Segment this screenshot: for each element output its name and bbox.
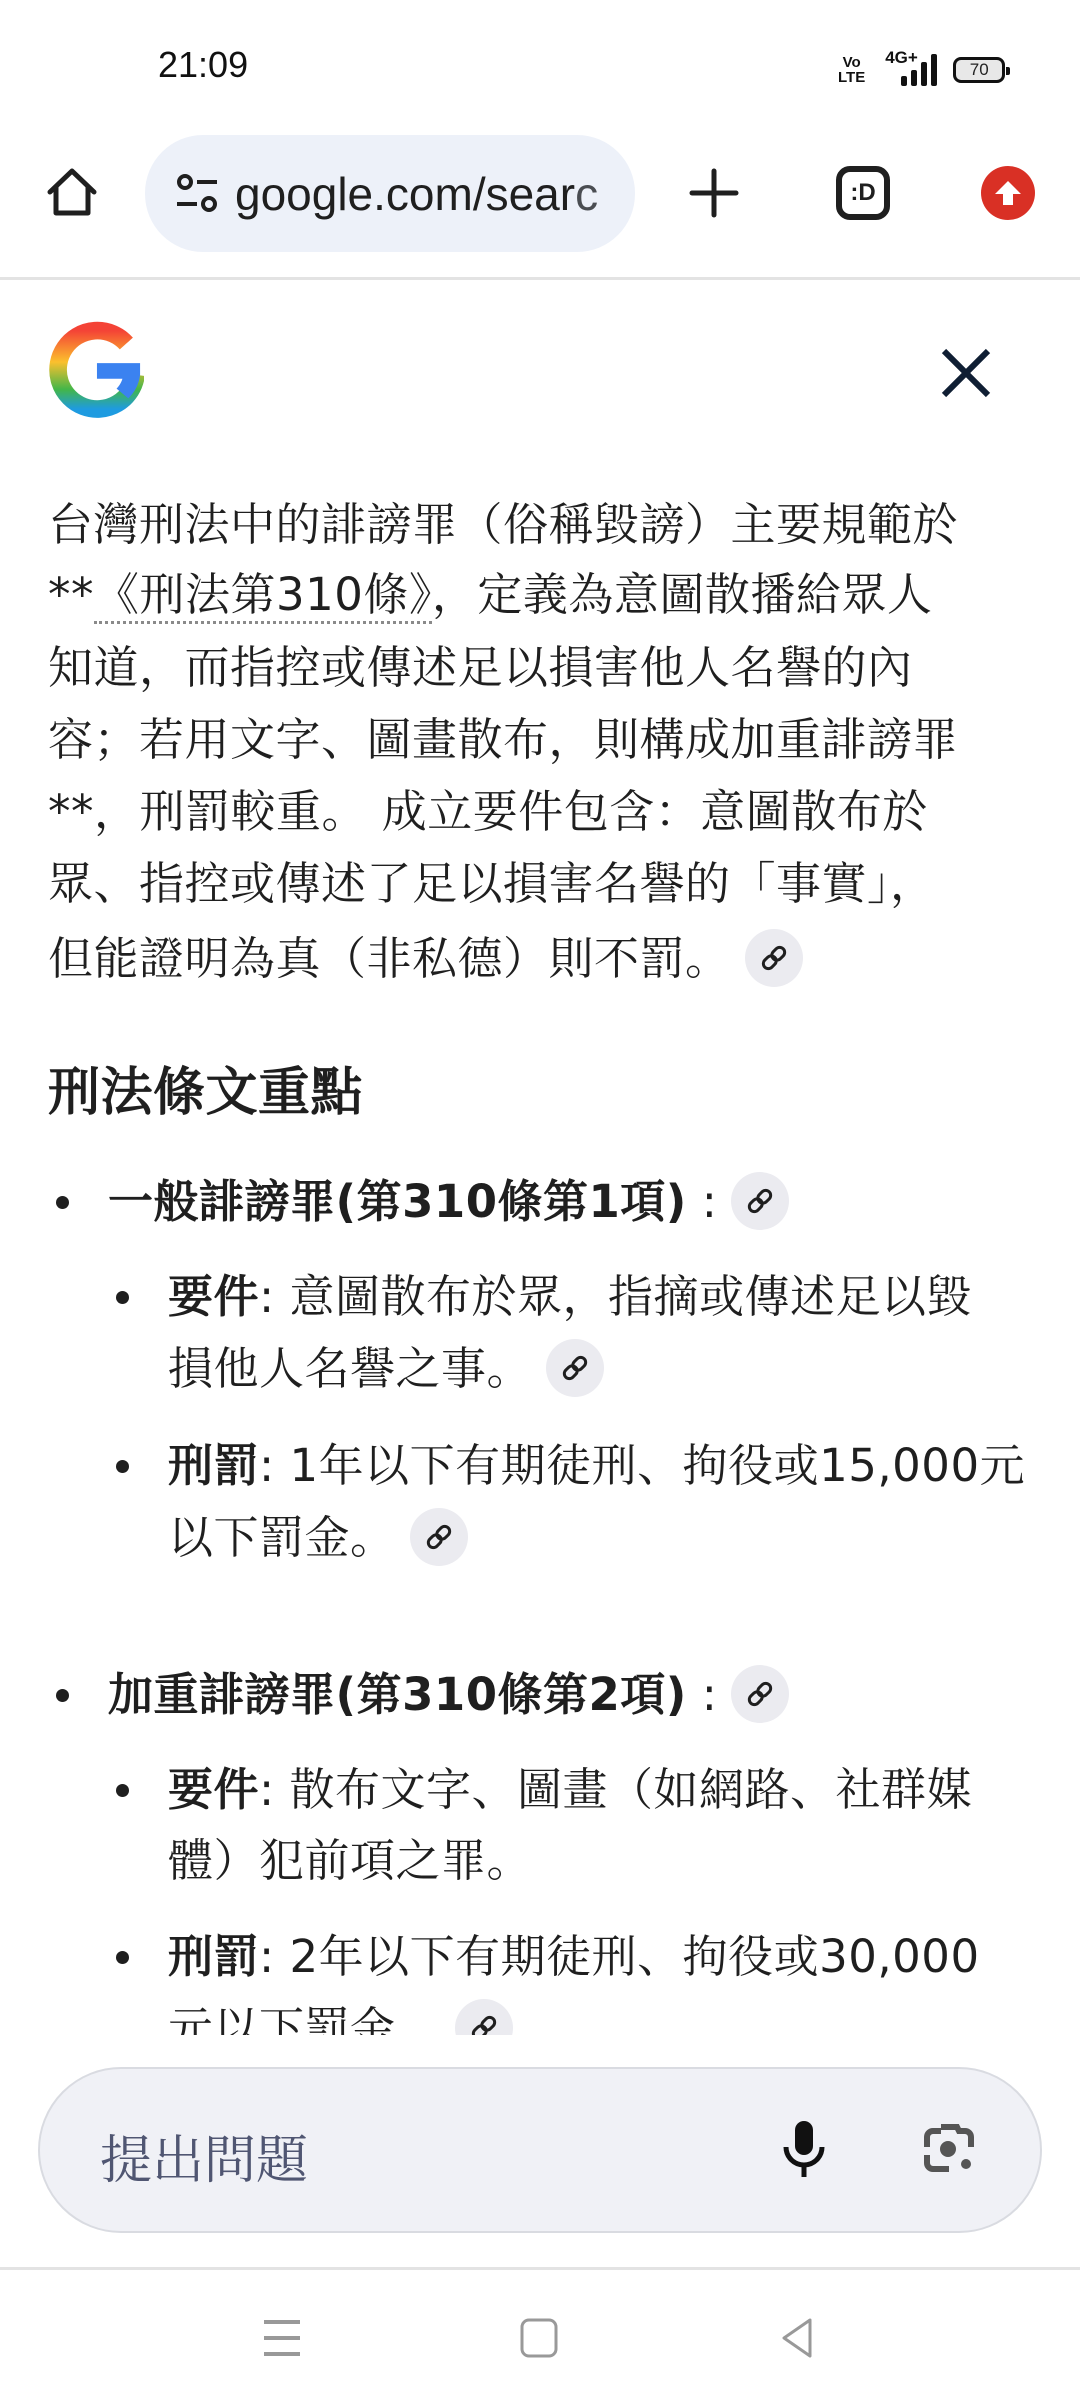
- source-link-chip[interactable]: [745, 929, 803, 987]
- sub-item-text: 意圖散布於眾，指摘或傳述足以毀: [289, 1270, 972, 1323]
- link-icon: [759, 943, 789, 973]
- volte-top: Vo: [838, 55, 865, 70]
- colon: :: [687, 1668, 717, 1721]
- source-link-chip[interactable]: [410, 1508, 468, 1566]
- site-info-icon[interactable]: [173, 170, 221, 218]
- sub-item-label: 要件: [168, 1763, 259, 1816]
- status-icons: Vo LTE 4G+ 70: [838, 50, 1005, 90]
- sub-item-text: 1年以下有期徒刑、拘役或15,000元: [289, 1439, 1025, 1492]
- sub-item-line: 刑罰: 2年以下有期徒刑、拘役或30,000: [168, 1927, 980, 1987]
- sub-item-line: 體）犯前項之罪。: [168, 1831, 532, 1891]
- ai-answer: 台灣刑法中的誹謗罪（俗稱毀謗）主要規範於 **《刑法第310條》，定義為意圖散播…: [0, 290, 1080, 2035]
- separator: :: [259, 1763, 289, 1816]
- sub-item-line: 要件: 意圖散布於眾，指摘或傳述足以毀: [168, 1267, 972, 1327]
- url-main: google.com/sear: [235, 168, 575, 220]
- volte-icon: Vo LTE: [838, 55, 865, 85]
- bullet: [116, 1951, 129, 1964]
- link-icon: [469, 2013, 499, 2035]
- bullet: [116, 1784, 129, 1797]
- separator: :: [259, 1439, 289, 1492]
- sub-item-text: 2年以下有期徒刑、拘役或30,000: [289, 1930, 979, 1983]
- url-text[interactable]: google.com/searc: [235, 167, 598, 221]
- back-button[interactable]: [772, 2312, 824, 2364]
- intro-line: 知道，而指控或傳述足以損害他人名譽的內: [48, 638, 913, 698]
- url-fade: c: [575, 168, 598, 220]
- sub-item-label: 刑罰: [168, 1930, 259, 1983]
- intro-text: ，定義為意圖散播給眾人: [432, 568, 933, 621]
- bullet: [56, 1196, 69, 1209]
- sub-item-text: 損他人名譽之事。: [168, 1342, 532, 1395]
- new-tab-button[interactable]: [684, 163, 744, 223]
- plus-icon: [688, 167, 740, 219]
- sub-item-line: 刑罰: 1年以下有期徒刑、拘役或15,000元: [168, 1436, 1025, 1496]
- square-home-icon: [520, 2318, 558, 2358]
- source-link-chip[interactable]: [731, 1172, 789, 1230]
- link-icon: [745, 1679, 775, 1709]
- source-link-chip[interactable]: [455, 1999, 513, 2035]
- signal-bar: [911, 70, 917, 86]
- section-heading: 刑法條文重點: [48, 1063, 363, 1123]
- signal-icon: 4G+: [879, 50, 939, 90]
- sub-item-line: 要件: 散布文字、圖畫（如網路、社群媒: [168, 1760, 972, 1820]
- intro-line: 容；若用文字、圖畫散布，則構成加重誹謗罪: [48, 710, 958, 770]
- status-time: 21:09: [158, 44, 248, 86]
- url-bar[interactable]: google.com/searc: [145, 135, 635, 252]
- intro-line: 眾、指控或傳述了足以損害名譽的「事實」，: [48, 854, 936, 914]
- link-icon: [745, 1186, 775, 1216]
- lens-search-button[interactable]: [918, 2118, 980, 2180]
- sub-item-text: 散布文字、圖畫（如網路、社群媒: [289, 1763, 972, 1816]
- signal-bar: [921, 62, 927, 86]
- bullet: [116, 1460, 129, 1473]
- battery-icon: 70: [953, 57, 1005, 83]
- link-icon: [424, 1522, 454, 1552]
- menu-icon: [262, 2318, 302, 2358]
- source-link-chip[interactable]: [731, 1665, 789, 1723]
- mic-icon: [782, 2119, 826, 2179]
- tab-switcher-button[interactable]: :D: [836, 166, 890, 220]
- list-item: 一般誹謗罪(第310條第1項) :: [108, 1172, 789, 1234]
- google-lens-icon: [921, 2121, 977, 2177]
- voice-search-button[interactable]: [776, 2118, 832, 2180]
- law-reference-link[interactable]: 《刑法第310條》: [94, 568, 432, 624]
- intro-line: **《刑法第310條》，定義為意圖散播給眾人: [48, 565, 932, 625]
- tab-count: :D: [850, 179, 875, 207]
- intro-line: 台灣刑法中的誹謗罪（俗稱毀謗）主要規範於: [48, 495, 958, 555]
- colon: :: [687, 1175, 717, 1228]
- sub-item-label: 刑罰: [168, 1439, 259, 1492]
- ask-placeholder[interactable]: 提出問題: [100, 2118, 308, 2193]
- recents-button[interactable]: [256, 2312, 308, 2364]
- sub-item-line: 損他人名譽之事。: [168, 1339, 604, 1401]
- intro-line: 但能證明為真（非私德）則不罰。: [48, 929, 803, 991]
- nav-divider: [0, 2267, 1080, 2270]
- bullet: [56, 1689, 69, 1702]
- sub-item-line: 以下罰金。: [168, 1508, 468, 1570]
- link-icon: [560, 1353, 590, 1383]
- source-link-chip[interactable]: [546, 1339, 604, 1397]
- sub-item-text: 元以下罰金。: [168, 2002, 441, 2035]
- markdown-asterisks: **: [48, 568, 94, 621]
- item-title: 加重誹謗罪(第310條第2項): [108, 1668, 687, 1721]
- bullet: [116, 1291, 129, 1304]
- sub-item-text: 以下罰金。: [168, 1511, 396, 1564]
- sub-item-label: 要件: [168, 1270, 259, 1323]
- signal-bar: [931, 54, 937, 86]
- list-item: 加重誹謗罪(第310條第2項) :: [108, 1665, 789, 1727]
- home-nav-button[interactable]: [513, 2312, 565, 2364]
- network-type: 4G+: [885, 48, 918, 68]
- volte-bottom: LTE: [838, 70, 865, 85]
- sub-item-text: 體）犯前項之罪。: [168, 1834, 532, 1887]
- arrow-up-icon: [993, 178, 1023, 208]
- sub-item-line: 元以下罰金。: [168, 1999, 513, 2035]
- separator: :: [259, 1930, 289, 1983]
- item-title: 一般誹謗罪(第310條第1項): [108, 1175, 687, 1228]
- intro-text: 但能證明為真（非私德）則不罰。: [48, 932, 731, 985]
- back-triangle-icon: [778, 2317, 818, 2359]
- battery-level: 70: [970, 60, 989, 80]
- intro-line: **，刑罰較重。 成立要件包含：意圖散布於: [48, 782, 928, 842]
- home-icon[interactable]: [42, 163, 102, 223]
- separator: :: [259, 1270, 289, 1323]
- toolbar-divider: [0, 277, 1080, 280]
- signal-bar: [901, 76, 907, 86]
- update-button[interactable]: [981, 166, 1035, 220]
